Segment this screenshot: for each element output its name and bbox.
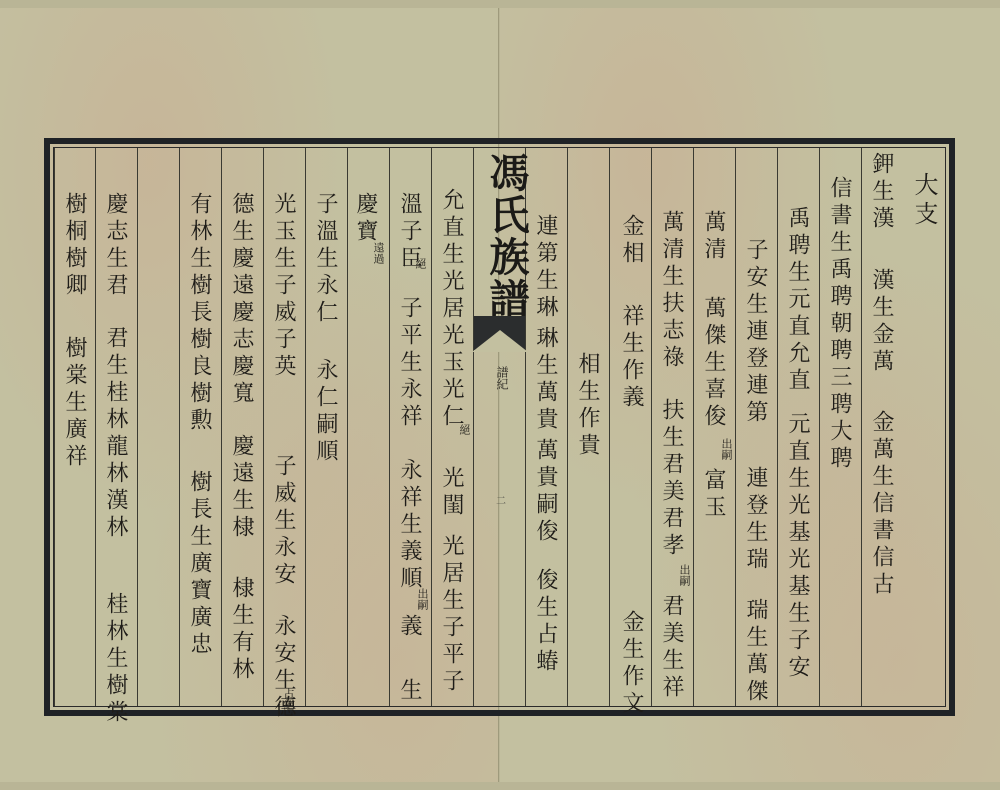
text-segment: 永祥生義順 — [396, 458, 422, 593]
text-segment: 瑞生萬傑 — [742, 598, 768, 706]
text-segment: 棣生有林 — [228, 576, 254, 684]
text-segment: 漢生金萬 — [868, 268, 894, 376]
page-number: 二 — [496, 492, 506, 507]
column-2: 鉀生漢 漢生金萬 金萬生信書信古 — [861, 148, 903, 706]
text-segment: 萬傑生喜俊 — [700, 296, 726, 431]
text-segment: 樹長生廣寶廣忠 — [186, 470, 212, 659]
text-segment: 德生慶遠慶志慶寬 — [228, 192, 254, 408]
text-segment: 扶生君美君孝 — [658, 398, 684, 560]
annotation-note: 絕 — [458, 424, 470, 435]
column-17: 德生慶遠慶志慶寬 慶遠生棣 棣生有林 — [221, 148, 263, 706]
text-segment: 禹聘生元直允直 — [784, 206, 810, 395]
branch-heading: 大支 — [911, 172, 937, 230]
text-segment: 萬貴嗣俊 — [532, 438, 558, 546]
text-segment: 萬清生扶志祿 — [658, 210, 684, 372]
text-segment: 鉀生漢 — [868, 152, 894, 233]
text-segment: 金生作文 — [618, 610, 644, 718]
text-segment: 光閨 — [438, 466, 464, 520]
text-segment: 子威生永安 — [270, 454, 296, 589]
text-segment: 有林生樹長樹良樹勲 — [186, 192, 212, 435]
annotation-note: 出嗣 — [678, 564, 690, 586]
column-13: 溫子臣 絕 子平生永祥 永祥生義順 出嗣 義 生 — [389, 148, 431, 706]
text-segment: 慶志生君 — [102, 192, 128, 300]
text-segment: 生 — [396, 678, 422, 705]
text-segment: 君美生祥 — [658, 594, 684, 702]
column-18: 有林生樹長樹良樹勲 樹長生廣寶廣忠 — [179, 148, 221, 706]
column-7: 萬清生扶志祿 扶生君美君孝 出嗣 君美生祥 — [651, 148, 693, 706]
book-subtitle: 譜紀 — [494, 366, 511, 390]
text-segment: 君生桂林龍林漢林 — [102, 326, 128, 542]
text-segment: 樹桐樹卿 — [61, 192, 87, 300]
column-title: 馮氏族譜 譜紀 二 — [473, 148, 525, 706]
annotation-note: 出嗣 — [720, 438, 732, 460]
column-15: 子溫生永仁 永仁嗣順 — [305, 148, 347, 706]
text-segment: 富玉 — [700, 468, 726, 522]
book-title: 馮氏族譜 — [478, 152, 535, 320]
column-19-empty — [137, 148, 179, 706]
text-segment: 光玉生子威子英 — [270, 192, 296, 381]
column-14: 慶寶 遠過 — [347, 148, 389, 706]
annotation-note: 絕 — [414, 258, 426, 269]
text-segment: 琳生萬貴 — [532, 326, 558, 434]
text-segment: 金相 — [618, 214, 644, 268]
text-segment: 桂林生樹棠 — [102, 592, 128, 727]
text-segment: 信書生禹聘朝聘三聘大聘 — [826, 176, 852, 473]
text-segment: 慶寶 — [352, 192, 378, 246]
text-segment: 俊生占蝽 — [532, 568, 558, 676]
column-5: 子安生連登連第 連登生瑞 瑞生萬傑 — [735, 148, 777, 706]
text-segment: 慶遠生棣 — [228, 434, 254, 542]
text-segment: 子平生永祥 — [396, 296, 422, 431]
text-segment: 連登生瑞 — [742, 466, 768, 574]
column-4: 禹聘生元直允直 元直生光基光基生子安 — [777, 148, 819, 706]
page-frame: 大支 鉀生漢 漢生金萬 金萬生信書信古 信書生禹聘朝聘三聘大聘 禹聘生元直允直 … — [44, 138, 955, 716]
annotation-note: 出嗣 — [416, 588, 428, 610]
text-segment: 萬清 — [700, 210, 726, 264]
column-branch-heading: 大支 — [903, 148, 951, 706]
column-grid: 大支 鉀生漢 漢生金萬 金萬生信書信古 信書生禹聘朝聘三聘大聘 禹聘生元直允直 … — [53, 147, 946, 707]
text-segment: 元直生光基光基生子安 — [784, 412, 810, 682]
column-6: 萬清 萬傑生喜俊 出嗣 富玉 — [693, 148, 735, 706]
column-3: 信書生禹聘朝聘三聘大聘 — [819, 148, 861, 706]
text-segment: 金萬生信書信古 — [868, 410, 894, 599]
text-segment: 允直生光居光玉光仁 — [438, 188, 464, 431]
annotation-note: 遠過 — [372, 242, 384, 264]
annotation-note: 占絕 — [282, 688, 294, 710]
text-segment: 義 — [396, 614, 422, 641]
text-segment: 相生作貴 — [574, 352, 600, 460]
fishtail-ornament — [474, 316, 525, 350]
text-segment: 子安生連登連第 — [742, 238, 768, 427]
column-8: 金相 祥生作義 金生作文 — [609, 148, 651, 706]
text-segment: 光居生子平子 — [438, 534, 464, 696]
text-segment: 祥生作義 — [618, 304, 644, 412]
column-9: 相生作貴 — [567, 148, 609, 706]
column-16: 光玉生子威子英 子威生永安 永安生德 占絕 — [263, 148, 305, 706]
text-segment: 連第生琳 — [532, 214, 558, 322]
column-20: 慶志生君 君生桂林龍林漢林 桂林生樹棠 — [95, 148, 137, 706]
column-21: 樹桐樹卿 樹棠生廣祥 — [54, 148, 95, 706]
text-segment: 永仁嗣順 — [312, 358, 338, 466]
text-segment: 樹棠生廣祥 — [61, 336, 87, 471]
text-segment: 子溫生永仁 — [312, 192, 338, 327]
column-12: 允直生光居光玉光仁 絕 光閨 光居生子平子 — [431, 148, 473, 706]
